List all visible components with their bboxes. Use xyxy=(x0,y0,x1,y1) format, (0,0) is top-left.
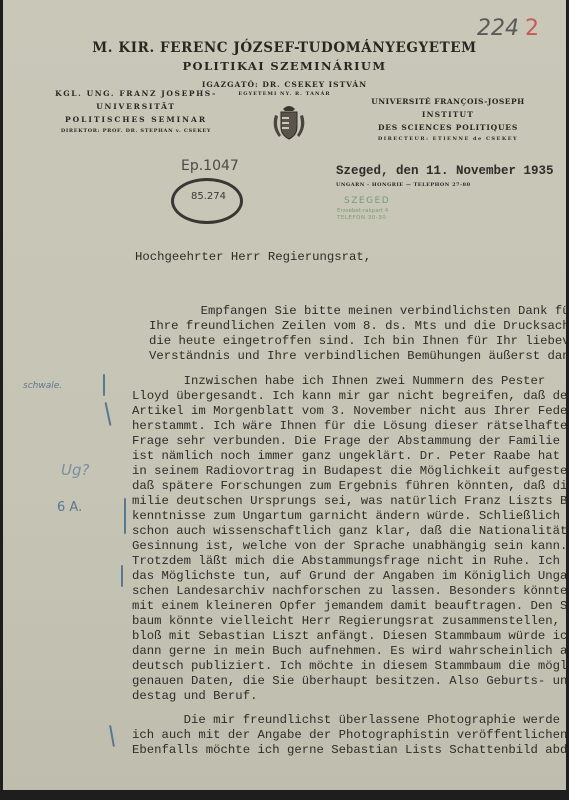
text-line: Artikel im Morgenblatt vom 3. November n… xyxy=(132,404,566,419)
right-block-line: DIRECTEUR: ETIENNE de CSEKEY xyxy=(343,136,553,142)
text-line: ist nämlich noch immer ganz ungeklärt. D… xyxy=(132,449,566,464)
right-block-line: INSTITUT xyxy=(343,110,553,119)
letterhead-director-hu: IGAZGATÓ: DR. CSEKEY ISTVÁN xyxy=(3,80,566,89)
text-line: kenntnisse zum Ungartum garnicht ändern … xyxy=(132,509,566,524)
letter-page: 224 2 M. KIR. FERENC JÓZSEF-TUDOMÁNYEGYE… xyxy=(3,0,566,790)
margin-mark xyxy=(124,498,126,534)
text-line: schen Landesarchiv nachforschen zu lasse… xyxy=(132,584,566,599)
page-number-red-annotation: 2 xyxy=(525,16,539,41)
text-line: genauen Daten, die Sie überhaupt besitze… xyxy=(132,674,566,689)
margin-note: 6 A. xyxy=(57,500,82,515)
text-line: das Möglichste tun, auf Grund der Angabe… xyxy=(132,569,566,584)
letterhead-subtitle: POLITIKAI SZEMINÁRIUM xyxy=(3,59,566,73)
text-line: bloß mit Sebastian Liszt anfängt. Diesen… xyxy=(132,629,566,644)
letterhead-title: M. KIR. FERENC JÓZSEF-TUDOMÁNYEGYETEM xyxy=(3,40,566,56)
place-and-date: Szeged, den 11. November 1935 xyxy=(336,164,554,179)
text-line: Empfangen Sie bitte meinen verbindlichst… xyxy=(149,304,566,319)
text-line: in seinem Radiovortrag in Budapest die M… xyxy=(132,464,566,479)
text-line: Inzwischen habe ich Ihnen zwei Nummern d… xyxy=(132,374,545,389)
coat-of-arms-icon xyxy=(271,103,307,143)
salutation: Hochgeehrter Herr Regierungsrat, xyxy=(135,250,371,265)
text-line: dann gerne in mein Buch aufnehmen. Es wi… xyxy=(132,644,566,659)
text-line: Trotzdem läßt mich die Abstammungsfrage … xyxy=(132,554,566,569)
text-line: Verständnis und Ihre verbindlichen Bemüh… xyxy=(149,349,566,364)
text-line: destag und Beruf. xyxy=(132,689,257,704)
left-block-line: KGL. UNG. FRANZ JOSEPHS- xyxy=(31,89,241,98)
green-stamp-line: Erzsébet-rakpart 4 xyxy=(337,208,388,214)
text-line: Die mir freundlichst überlassene Photogr… xyxy=(132,713,560,728)
right-block-line: UNIVERSITÉ FRANÇOIS-JOSEPH xyxy=(343,97,553,106)
text-line: deutsch publiziert. Ich möchte in diesem… xyxy=(132,659,566,674)
green-stamp-line: TELEFON 30-30 xyxy=(337,215,386,221)
text-line: die heute eingetroffen sind. Ich bin Ihn… xyxy=(149,334,566,349)
text-line: milie deutschen Ursprungs sei, was natür… xyxy=(132,494,566,509)
left-block-line: POLITISCHES SEMINAR xyxy=(31,115,241,124)
dateline-sub: UNGARN - HONGRIE — TELEPHON 27-80 xyxy=(336,182,471,188)
text-line: Ihre freundlichen Zeilen vom 8. ds. Mts … xyxy=(149,319,566,334)
text-line: Gesinnung ist, welche von der Sprache un… xyxy=(132,539,566,554)
margin-mark xyxy=(103,374,105,396)
text-line: Frage sehr verbunden. Die Frage der Abst… xyxy=(132,434,566,449)
text-line: baum könnte vielleicht Herr Regierungsra… xyxy=(132,614,566,629)
text-line: Lloyd übergesandt. Ich kann mir gar nich… xyxy=(132,389,566,404)
place: Szeged, den 11. November 1935 xyxy=(336,164,554,178)
text-line: Ebenfalls möchte ich gerne Sebastian Lis… xyxy=(132,743,566,758)
text-line: herstammt. Ich wäre Ihnen für die Lösung… xyxy=(132,419,566,434)
right-block-line: DES SCIENCES POLITIQUES xyxy=(343,123,553,132)
margin-mark xyxy=(109,725,115,747)
left-block-line: DIREKTOR: PROF. DR. STEPHAN v. CSEKEY xyxy=(31,128,241,134)
text-line: daß spätere Forschungen zum Ergebnis füh… xyxy=(132,479,566,494)
text-line: schon auch wissenschaftlich ganz klar, d… xyxy=(132,524,566,539)
page-number-annotation: 224 xyxy=(477,16,519,41)
archive-reference: Ep.1047 xyxy=(181,158,239,174)
green-stamp-line: SZEGED xyxy=(344,196,390,206)
margin-note: schwale. xyxy=(23,381,62,391)
text-line: ich auch mit der Angabe der Photographis… xyxy=(132,728,566,743)
stamp-number: 85.274 xyxy=(191,191,226,202)
margin-mark xyxy=(121,565,123,587)
left-block-line: UNIVERSITÄT xyxy=(31,102,241,111)
text-line: mit einem kleineren Opfer jemandem damit… xyxy=(132,599,566,614)
margin-mark xyxy=(105,402,112,426)
margin-note: Ug? xyxy=(61,461,89,479)
